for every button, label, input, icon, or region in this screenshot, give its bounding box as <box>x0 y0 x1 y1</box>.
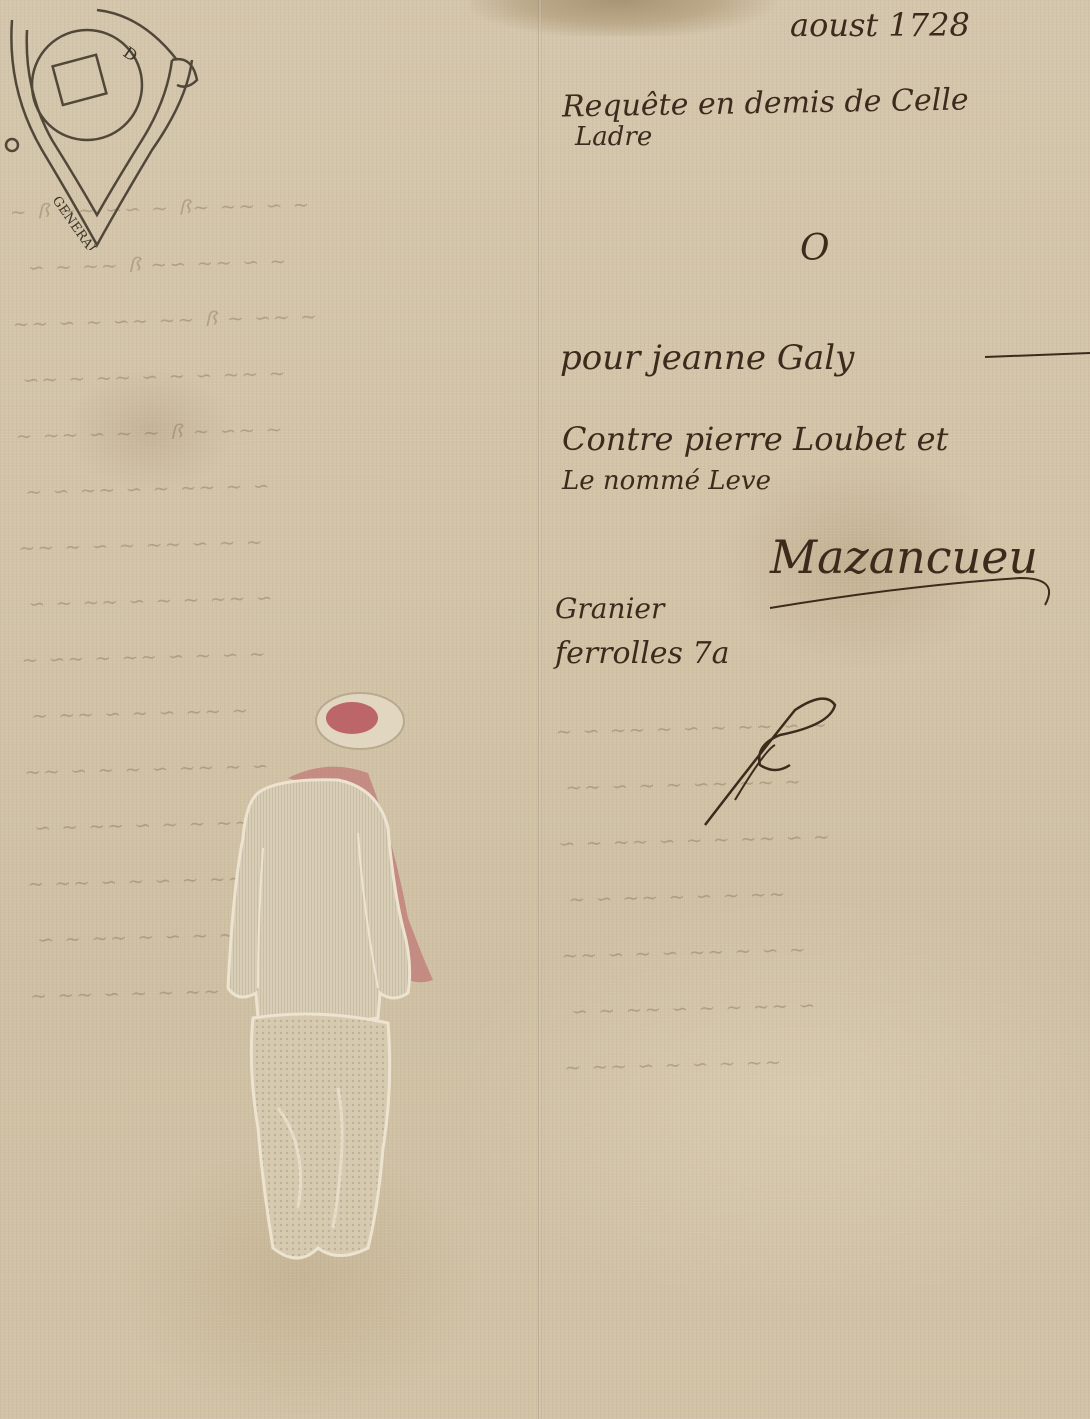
date-text: aoust 1728 <box>790 6 970 44</box>
document-page: ~ ꟗ ~~ ∽∽ ~ ꟗ~ ~~ ∽ ~ ∽ ~ ~~ ꟗ ~∽ ~~ ∽ ~… <box>0 0 1090 1419</box>
body-line-nomme: Le nommé Leve <box>562 466 771 496</box>
torn-edge <box>470 0 780 36</box>
signature-flourish <box>760 570 1060 620</box>
official-stamp-icon: D GENERALITE D... <box>2 0 202 250</box>
dash-line <box>985 345 1090 365</box>
note-granier: Granier <box>555 592 664 625</box>
title-line-2: Ladre <box>575 122 652 152</box>
note-ferrolles: ferrolles 7a <box>555 636 729 671</box>
paraph-mark-icon <box>695 690 855 830</box>
body-line-pour: pour jeanne Galy <box>560 338 854 378</box>
center-fold <box>538 0 542 1419</box>
title-line-1: Requête en demis de Celle <box>562 82 969 124</box>
body-line-contre: Contre pierre Loubet et <box>562 420 948 458</box>
mark-o: O <box>800 228 830 269</box>
coat <box>228 780 410 1023</box>
hat-icon <box>316 693 404 749</box>
lace-skirt <box>251 1014 389 1258</box>
fabric-figure-collage <box>218 688 448 1268</box>
